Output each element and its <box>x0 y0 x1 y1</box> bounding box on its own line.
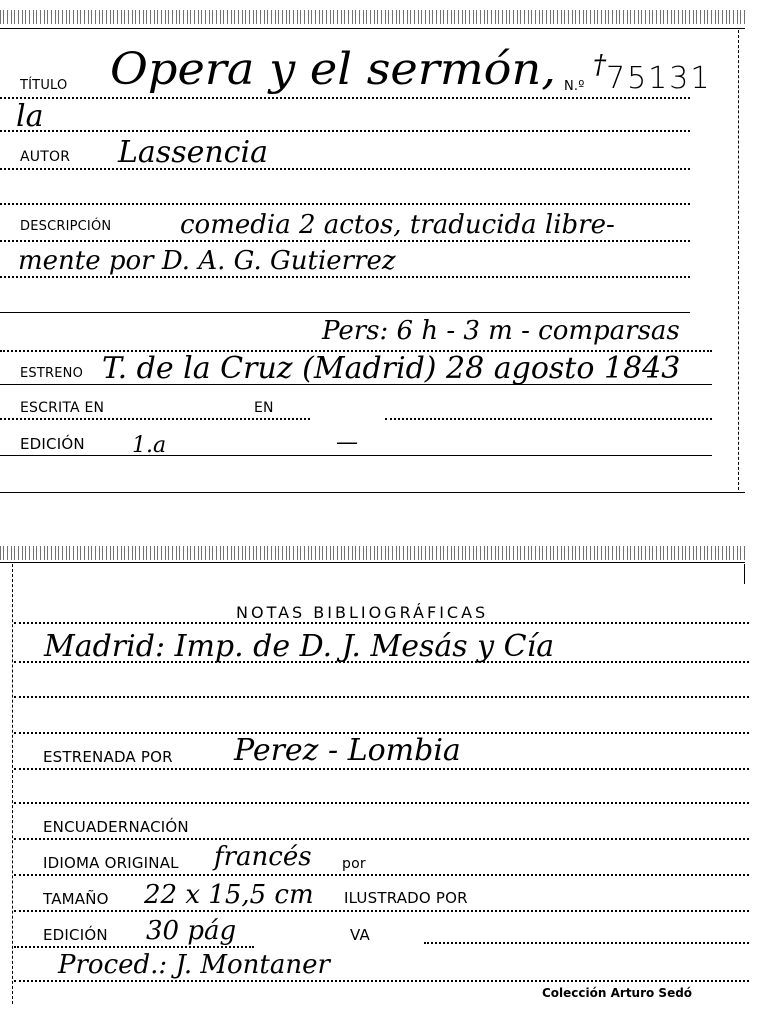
notas-heading: NOTAS BIBLIOGRÁFICAS <box>236 605 488 621</box>
card-top-edge <box>0 10 745 24</box>
estrenada-por-label: ESTRENADA POR <box>43 750 173 765</box>
escrita-en-en-label: EN <box>254 401 274 415</box>
titulo-label: TÍTULO <box>20 79 67 92</box>
estrenada-por-value: Perez - Lombia <box>234 736 461 766</box>
titulo-value: Opera y el sermón, <box>110 48 556 92</box>
encuadernacion-line <box>14 838 749 840</box>
procedencia-value: Proced.: J. Montaner <box>58 952 330 978</box>
edicion-va-label: VA <box>350 928 370 943</box>
descripcion-line-2: mente por D. A. G. Gutierrez <box>18 248 396 274</box>
tamano-label: TAMAÑO <box>43 892 109 907</box>
edicion-back-line <box>14 946 254 948</box>
collection-credit: Colección Arturo Sedó <box>542 986 692 1000</box>
numero-mark: † <box>593 52 606 78</box>
blank-line-1 <box>0 203 690 205</box>
encuadernacion-label: ENCUADERNACIÓN <box>43 820 189 835</box>
estreno-value: T. de la Cruz (Madrid) 28 agosto 1843 <box>102 354 680 384</box>
edicion-mark: — <box>336 432 358 454</box>
idioma-por-label: por <box>342 857 366 871</box>
escrita-en-line <box>0 418 310 420</box>
estreno-label: ESTRENO <box>20 367 83 380</box>
escrita-en-label: ESCRITA EN <box>20 401 104 415</box>
right-border <box>738 30 739 490</box>
numero-value: 75131 <box>606 64 711 94</box>
estrenada-por-line <box>14 768 749 770</box>
descripcion-line-2-rule <box>0 276 690 278</box>
blank-back-line <box>14 802 749 804</box>
card-front: TÍTULO Opera y el sermón, N.º † 75131 la… <box>0 0 759 495</box>
edicion-label: EDICIÓN <box>20 437 85 452</box>
notas-line-2 <box>14 661 749 663</box>
tamano-value: 22 x 15,5 cm <box>144 882 314 908</box>
edicion-back-value: 30 pág <box>146 918 236 944</box>
tamano-line <box>14 910 749 912</box>
descripcion-line-3: Pers: 6 h - 3 m - comparsas <box>322 318 680 344</box>
titulo-line <box>0 97 690 99</box>
left-border <box>12 564 13 1004</box>
autor-line <box>0 168 690 170</box>
titulo-line-2 <box>0 130 690 132</box>
top-border <box>0 562 745 563</box>
card-top-edge <box>0 546 745 560</box>
idioma-original-line <box>14 874 749 876</box>
numero-label: N.º <box>564 80 585 93</box>
idioma-original-value: francés <box>214 844 312 870</box>
edicion-back-line-right <box>424 942 749 944</box>
right-border <box>744 564 745 584</box>
notas-line-1-value: Madrid: Imp. de D. J. Mesás y Cía <box>44 632 554 662</box>
edicion-value: 1.a <box>132 435 166 457</box>
card-back: NOTAS BIBLIOGRÁFICAS Madrid: Imp. de D. … <box>0 540 759 1028</box>
edicion-back-label: EDICIÓN <box>43 928 108 943</box>
front-bottom-border <box>0 492 745 493</box>
top-border <box>0 28 745 29</box>
notas-line-1 <box>14 622 749 624</box>
descripcion-line-1: comedia 2 actos, traducida libre- <box>180 212 615 238</box>
titulo-value-cont: la <box>16 102 43 132</box>
autor-value: Lassencia <box>118 138 268 168</box>
descripcion-line <box>0 240 690 242</box>
escrita-en-line-right <box>385 418 712 420</box>
autor-label: AUTOR <box>20 150 70 164</box>
edicion-line <box>0 455 712 456</box>
estreno-line <box>0 384 712 385</box>
notas-line-3 <box>14 696 749 698</box>
ilustrado-por-label: ILUSTRADO POR <box>344 891 468 906</box>
blank-line-2 <box>0 312 690 313</box>
idioma-original-label: IDIOMA ORIGINAL <box>43 856 179 871</box>
descripcion-label: DESCRIPCIÓN <box>20 220 111 233</box>
procedencia-line <box>14 980 749 982</box>
